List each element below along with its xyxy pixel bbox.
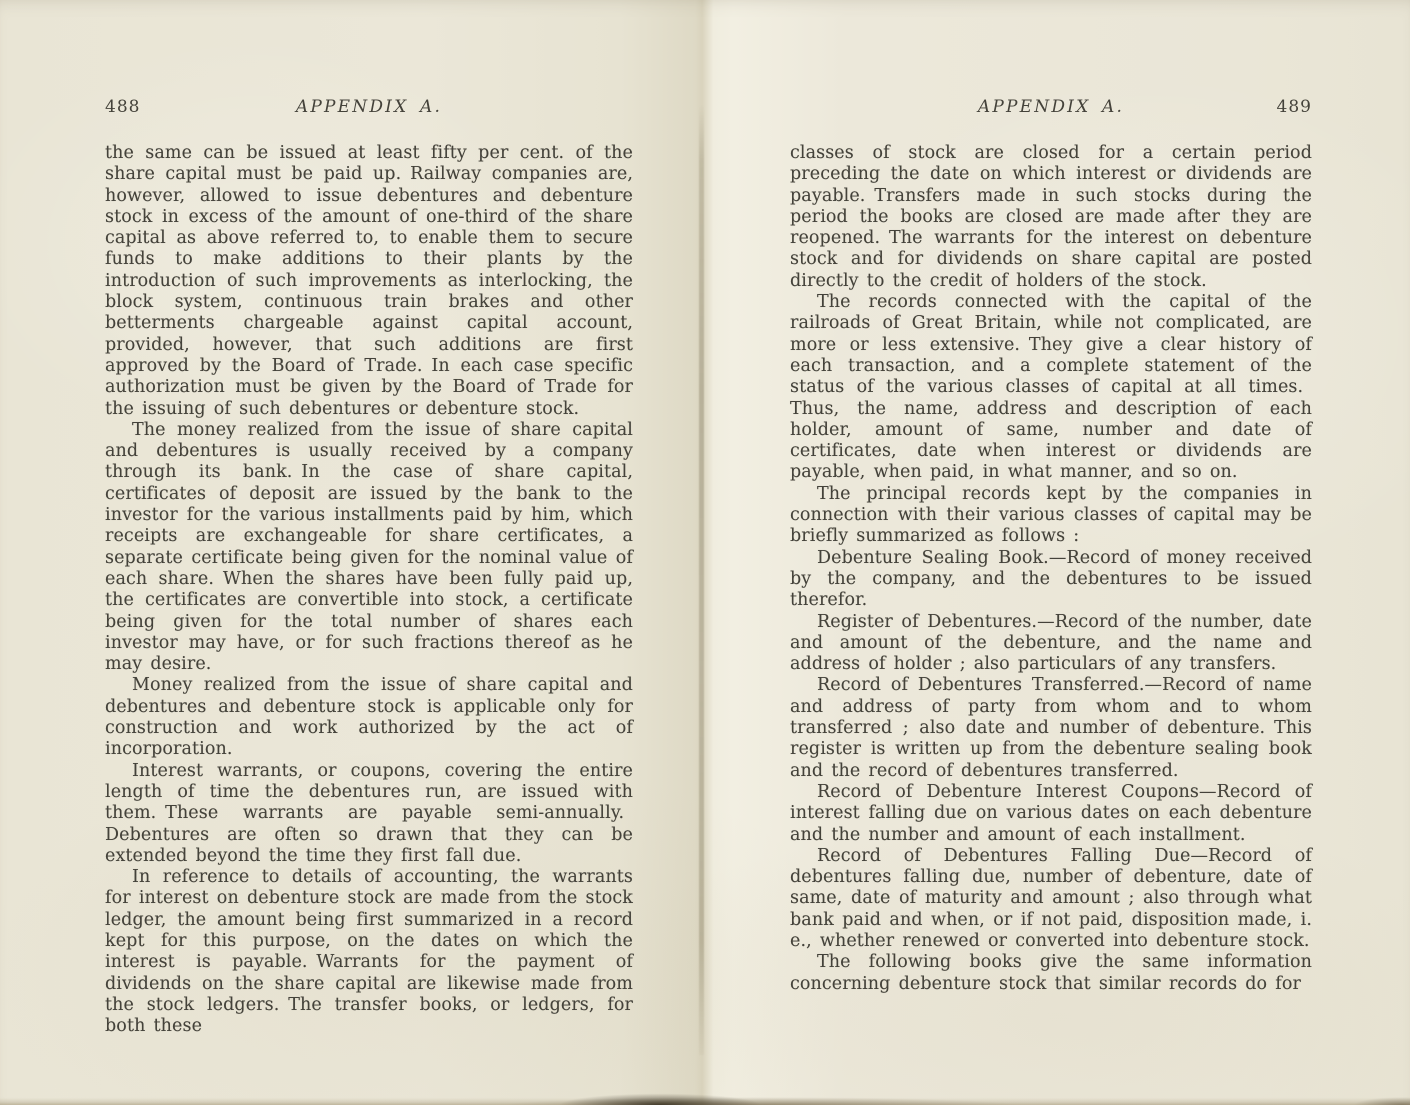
body-paragraph: the same can be issued at least fifty pe… bbox=[105, 143, 633, 420]
page-right: APPENDIX A. 489 classes of stock are clo… bbox=[705, 0, 1410, 1105]
body-paragraph: Record of Debentures Transferred.—Record… bbox=[790, 675, 1312, 781]
body-paragraph: The money realized from the issue of sha… bbox=[105, 420, 633, 676]
page-left: 488 APPENDIX A. the same can be issued a… bbox=[0, 0, 705, 1105]
body-paragraph: The records connected with the capital o… bbox=[790, 292, 1312, 484]
body-paragraph: Register of Debentures.—Record of the nu… bbox=[790, 612, 1312, 676]
body-paragraph: The principal records kept by the compan… bbox=[790, 484, 1312, 548]
body-paragraph: Debenture Sealing Book.—Record of money … bbox=[790, 548, 1312, 612]
page-body-right: classes of stock are closed for a certai… bbox=[790, 143, 1312, 995]
page-header-left: 488 APPENDIX A. bbox=[105, 96, 633, 118]
page-body-left: the same can be issued at least fifty pe… bbox=[105, 143, 633, 1037]
body-paragraph: In reference to details of accounting, t… bbox=[105, 867, 633, 1037]
running-head-right: APPENDIX A. bbox=[790, 96, 1312, 118]
body-paragraph: The following books give the same inform… bbox=[790, 952, 1312, 995]
body-paragraph: Record of Debenture Interest Coupons—Rec… bbox=[790, 782, 1312, 846]
running-head-left: APPENDIX A. bbox=[105, 96, 633, 118]
body-paragraph: classes of stock are closed for a certai… bbox=[790, 143, 1312, 292]
body-paragraph: Money realized from the issue of share c… bbox=[105, 675, 633, 760]
body-paragraph: Interest warrants, or coupons, covering … bbox=[105, 761, 633, 867]
page-number-right: 489 bbox=[1277, 96, 1312, 118]
book-spread: 488 APPENDIX A. the same can be issued a… bbox=[0, 0, 1410, 1105]
body-paragraph: Record of Debentures Falling Due—Record … bbox=[790, 846, 1312, 952]
page-header-right: APPENDIX A. 489 bbox=[790, 96, 1312, 118]
